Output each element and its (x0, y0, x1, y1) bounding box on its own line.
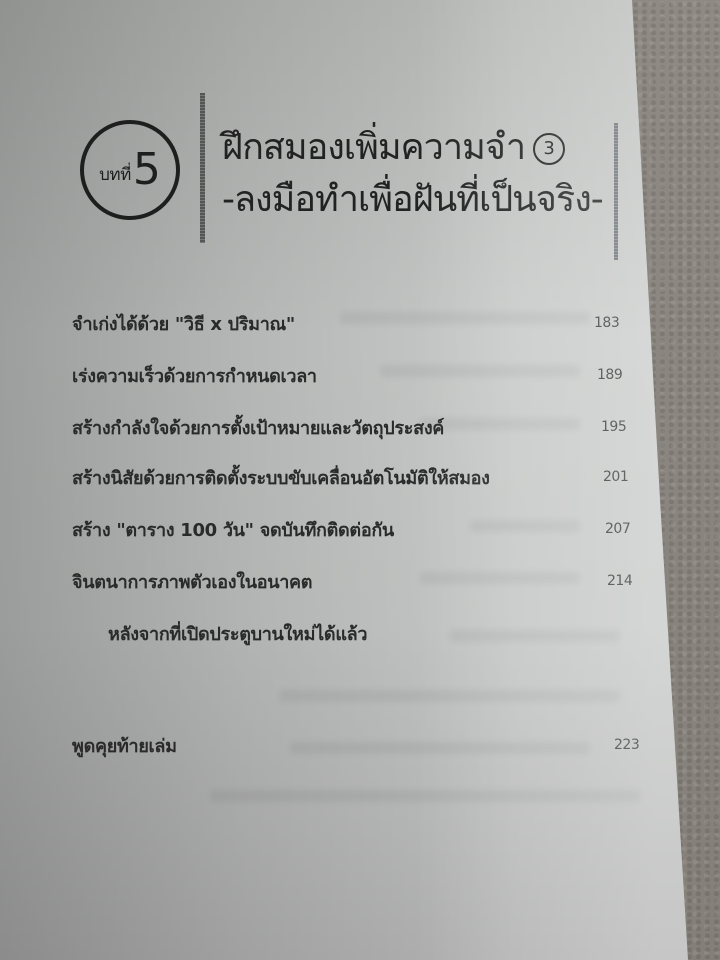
toc-entry-page: 214 (607, 573, 632, 589)
toc-entry-title: สร้างกำลังใจด้วยการตั้งเป้าหมายและวัตถุป… (72, 413, 444, 442)
toc-entry-title: พูดคุยท้ายเล่ม (72, 731, 177, 760)
toc-entry-page: 223 (614, 737, 639, 753)
toc-entry[interactable]: สร้างนิสัยด้วยการติดตั้งระบบขับเคลื่อนอั… (72, 462, 490, 492)
toc-entry-page: 195 (601, 419, 626, 435)
toc-entry[interactable]: เร่งความเร็วด้วยการกำหนดเวลา 189 (72, 360, 317, 390)
toc-entry-afterword[interactable]: พูดคุยท้ายเล่ม 223 (72, 730, 177, 760)
book-page: บทที่ 5 ฝึกสมองเพิ่มความจำ3 -ลงมือทำเพื่… (0, 0, 690, 960)
toc-sub-entry-title: หลังจากที่เปิดประตูบานใหม่ได้แล้ว (108, 619, 367, 648)
toc-entry-title: สร้างนิสัยด้วยการติดตั้งระบบขับเคลื่อนอั… (72, 463, 490, 492)
toc-entry-title: สร้าง "ตาราง 100 วัน" จดบันทึกติดต่อกัน (72, 515, 394, 544)
toc-entry-page: 189 (597, 367, 622, 383)
toc-sub-entry[interactable]: หลังจากที่เปิดประตูบานใหม่ได้แล้ว (108, 618, 367, 648)
toc-entry-title: จำเก่งได้ด้วย "วิธี x ปริมาณ" (72, 309, 295, 338)
toc-entry[interactable]: สร้างกำลังใจด้วยการตั้งเป้าหมายและวัตถุป… (72, 412, 444, 442)
toc-entry[interactable]: จินตนาการภาพตัวเองในอนาคต 214 (72, 566, 312, 596)
toc-entry[interactable]: จำเก่งได้ด้วย "วิธี x ปริมาณ" 183 (72, 308, 295, 338)
toc-entry[interactable]: สร้าง "ตาราง 100 วัน" จดบันทึกติดต่อกัน … (72, 514, 394, 544)
toc-entry-page: 207 (605, 521, 630, 537)
toc-entry-title: เร่งความเร็วด้วยการกำหนดเวลา (72, 361, 317, 390)
toc-entry-title: จินตนาการภาพตัวเองในอนาคต (72, 567, 312, 596)
table-of-contents: จำเก่งได้ด้วย "วิธี x ปริมาณ" 183 เร่งคว… (0, 0, 690, 960)
toc-entry-page: 201 (603, 469, 628, 485)
toc-entry-page: 183 (594, 315, 619, 331)
